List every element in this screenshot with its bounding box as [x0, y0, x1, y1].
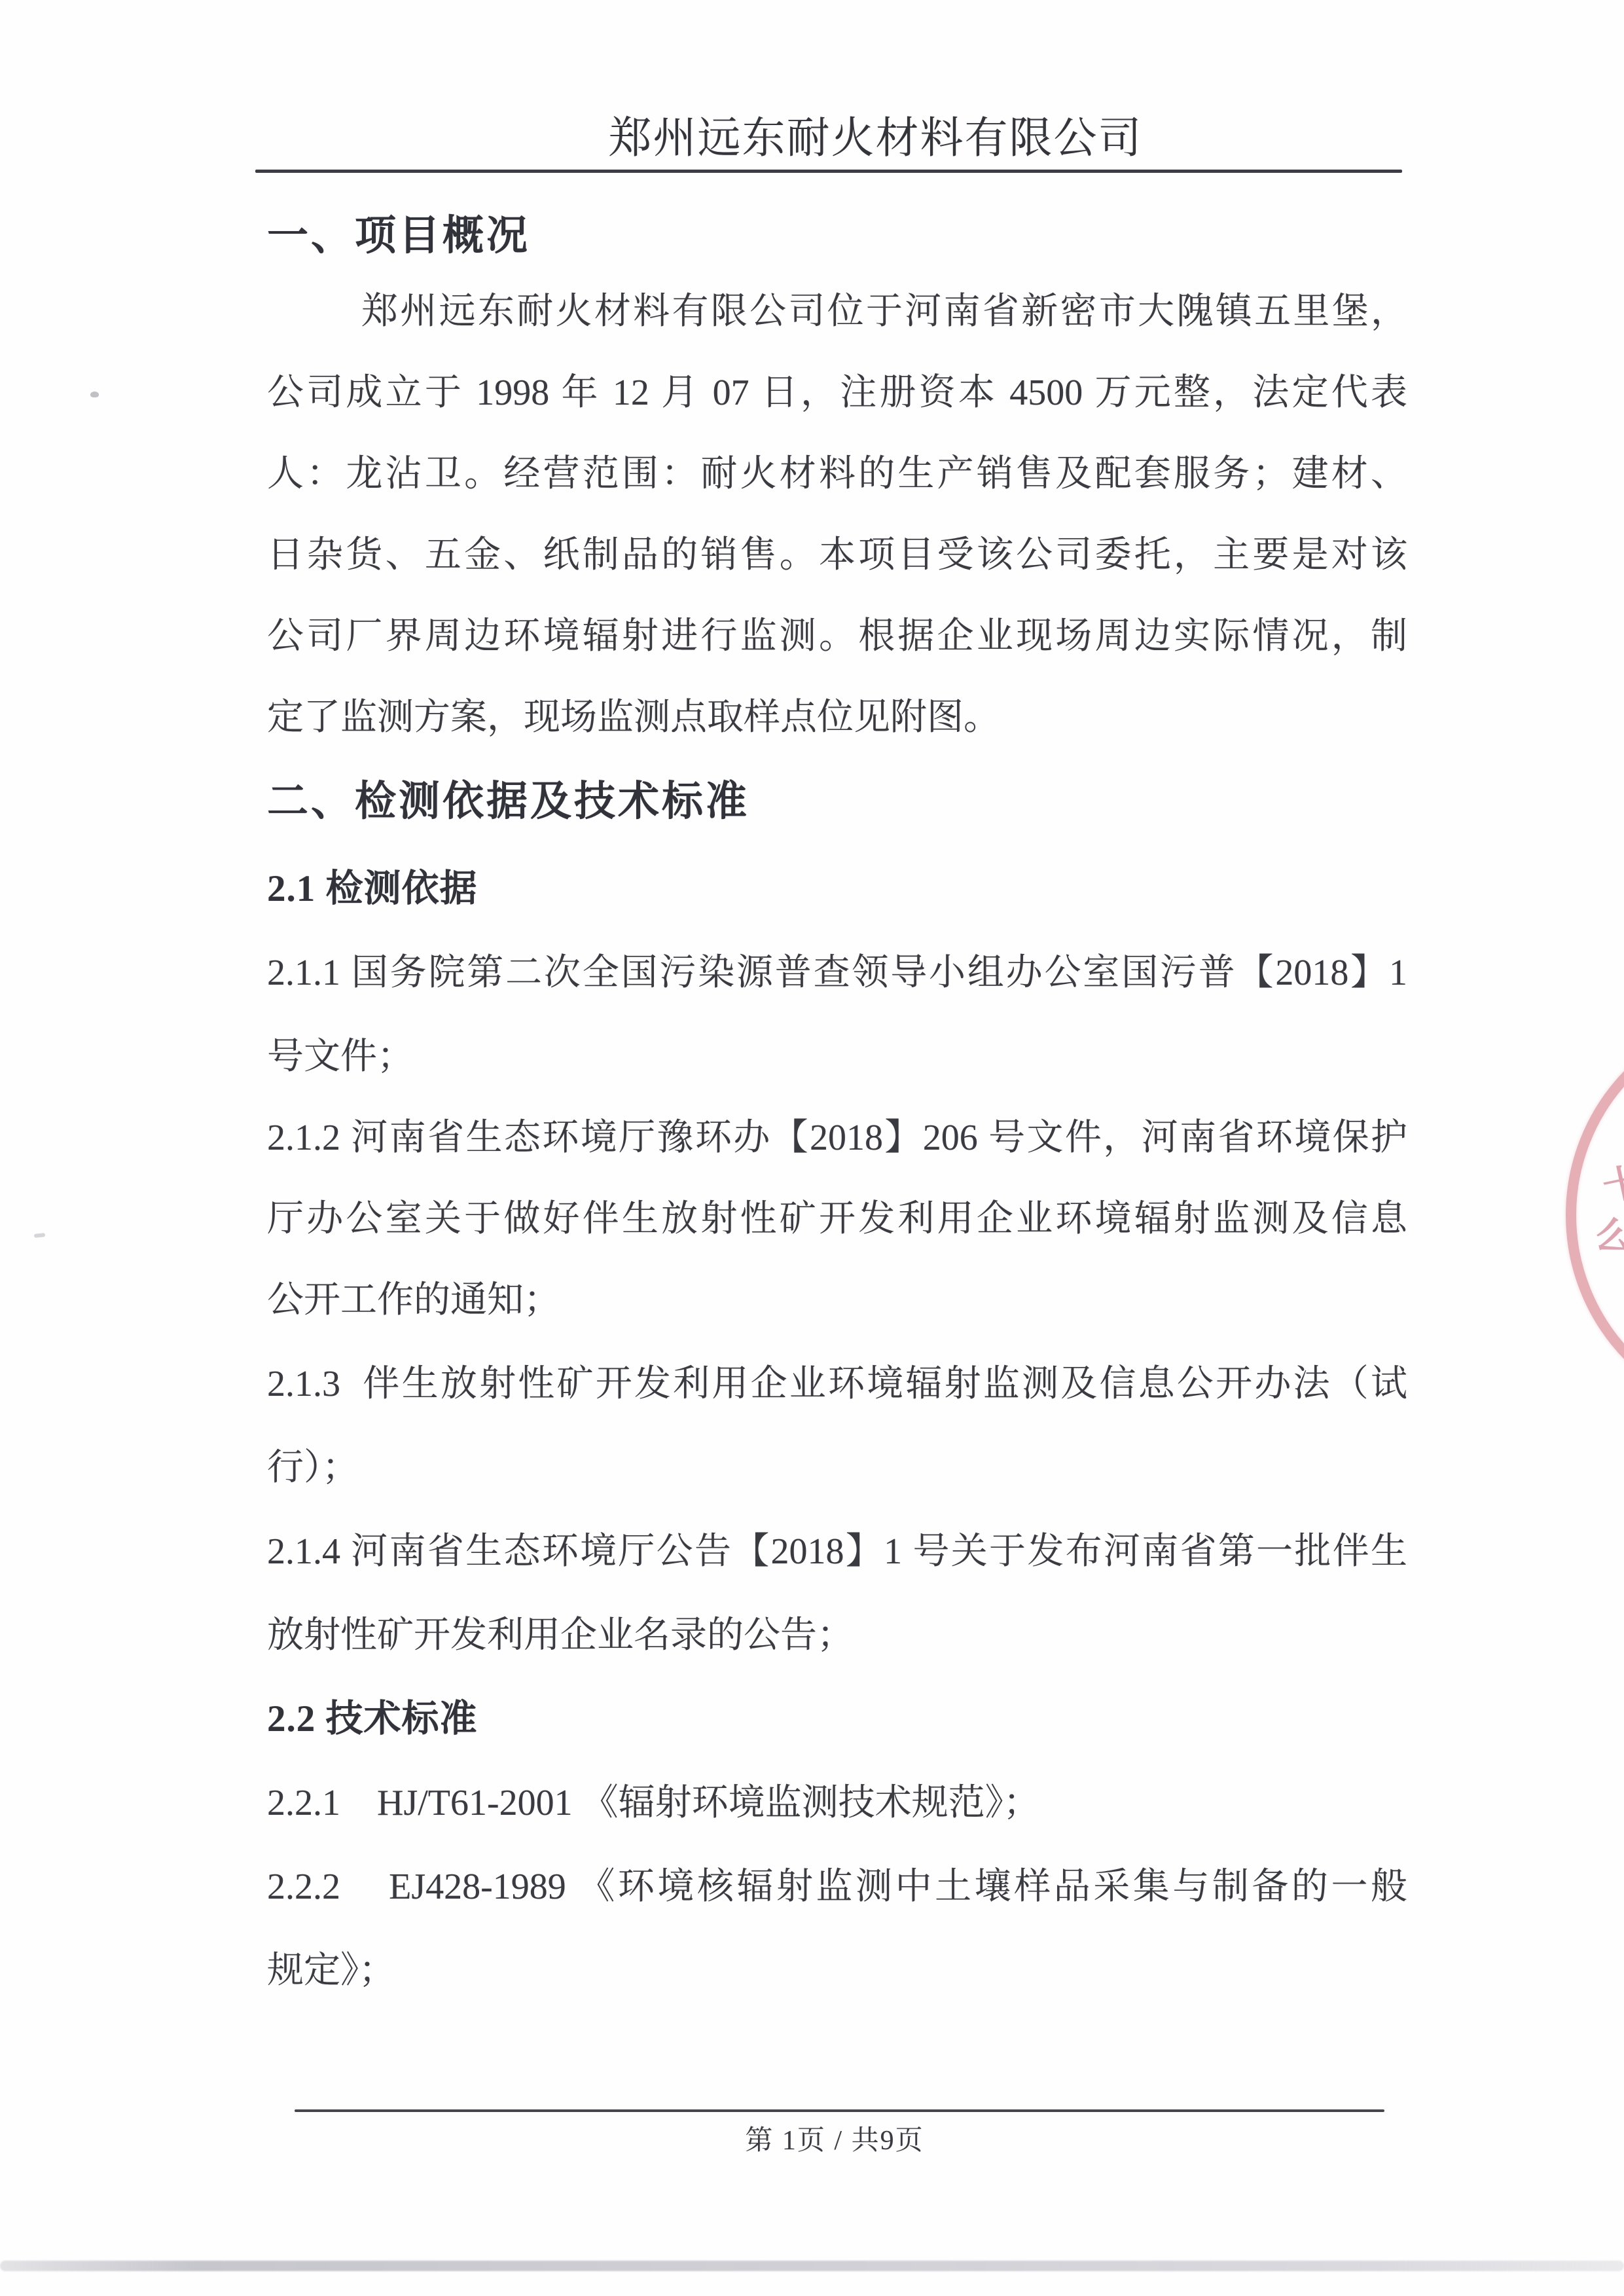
scan-speck: [90, 392, 99, 397]
paragraph-line: 人：龙沾卫。经营范围：耐火材料的生产销售及配套服务；建材、: [267, 449, 1407, 499]
scan-speck: [34, 1233, 46, 1238]
section-heading-1: 一、项目概况: [267, 211, 1407, 261]
scan-edge-shadow: [0, 2261, 1624, 2271]
subsection-heading-2-2: 2.2 技术标准: [267, 1694, 1407, 1744]
list-item-2-1-4: 2.1.4 河南省生态环境厅公告【2018】1 号关于发布河南省第一批伴生: [267, 1527, 1407, 1576]
header-rule: [255, 170, 1402, 173]
list-item-continuation: 号文件；: [267, 1032, 1407, 1082]
scanned-document-page: 郑州远东耐火材料有限公司 一、项目概况 郑州远东耐火材料有限公司位于河南省新密市…: [0, 0, 1624, 2296]
paragraph-line: 定了监测方案，现场监测点取样点位见附图。: [267, 693, 1407, 742]
subsection-heading-2-1: 2.1 检测依据: [267, 864, 1407, 914]
list-item-2-2-2: 2.2.2 EJ428-1989 《环境核辐射监测中土壤样品采集与制备的一般: [267, 1862, 1407, 1912]
list-item-continuation: 厅办公室关于做好伴生放射性矿开发利用企业环境辐射监测及信息: [267, 1194, 1407, 1244]
paragraph-line: 日杂货、五金、纸制品的销售。本项目受该公司委托，主要是对该: [267, 530, 1407, 580]
list-item-2-1-3: 2.1.3 伴生放射性矿开发利用企业环境辐射监测及信息公开办法（试: [267, 1359, 1407, 1409]
list-item-2-1-2: 2.1.2 河南省生态环境厅豫环办【2018】206 号文件，河南省环境保护: [267, 1113, 1407, 1163]
list-item-continuation: 行）；: [267, 1443, 1407, 1493]
list-item-continuation: 放射性矿开发利用企业名录的公告；: [267, 1611, 1407, 1660]
paragraph-line: 郑州远东耐火材料有限公司位于河南省新密市大隗镇五里堡，: [361, 287, 1407, 337]
paragraph-line: 公司成立于 1998 年 12 月 07 日，注册资本 4500 万元整，法定代…: [267, 368, 1407, 418]
list-item-2-2-1: 2.2.1 HJ/T61-2001 《辐射环境监测技术规范》；: [267, 1778, 1407, 1828]
footer-rule: [295, 2109, 1384, 2112]
list-item-2-1-1: 2.1.1 国务院第二次全国污染源普查领导小组办公室国污普【2018】1: [267, 948, 1407, 998]
section-heading-2: 二、检测依据及技术标准: [267, 776, 1407, 826]
list-item-continuation: 公开工作的通知；: [267, 1275, 1407, 1325]
list-item-continuation: 规定》；: [267, 1946, 1407, 1995]
document-title: 郑州远东耐火材料有限公司: [304, 111, 1447, 166]
paragraph-line: 公司厂界周边环境辐射进行监测。根据企业现场周边实际情况，制: [267, 611, 1407, 661]
page-number: 第 1页 / 共9页: [484, 2119, 1185, 2158]
